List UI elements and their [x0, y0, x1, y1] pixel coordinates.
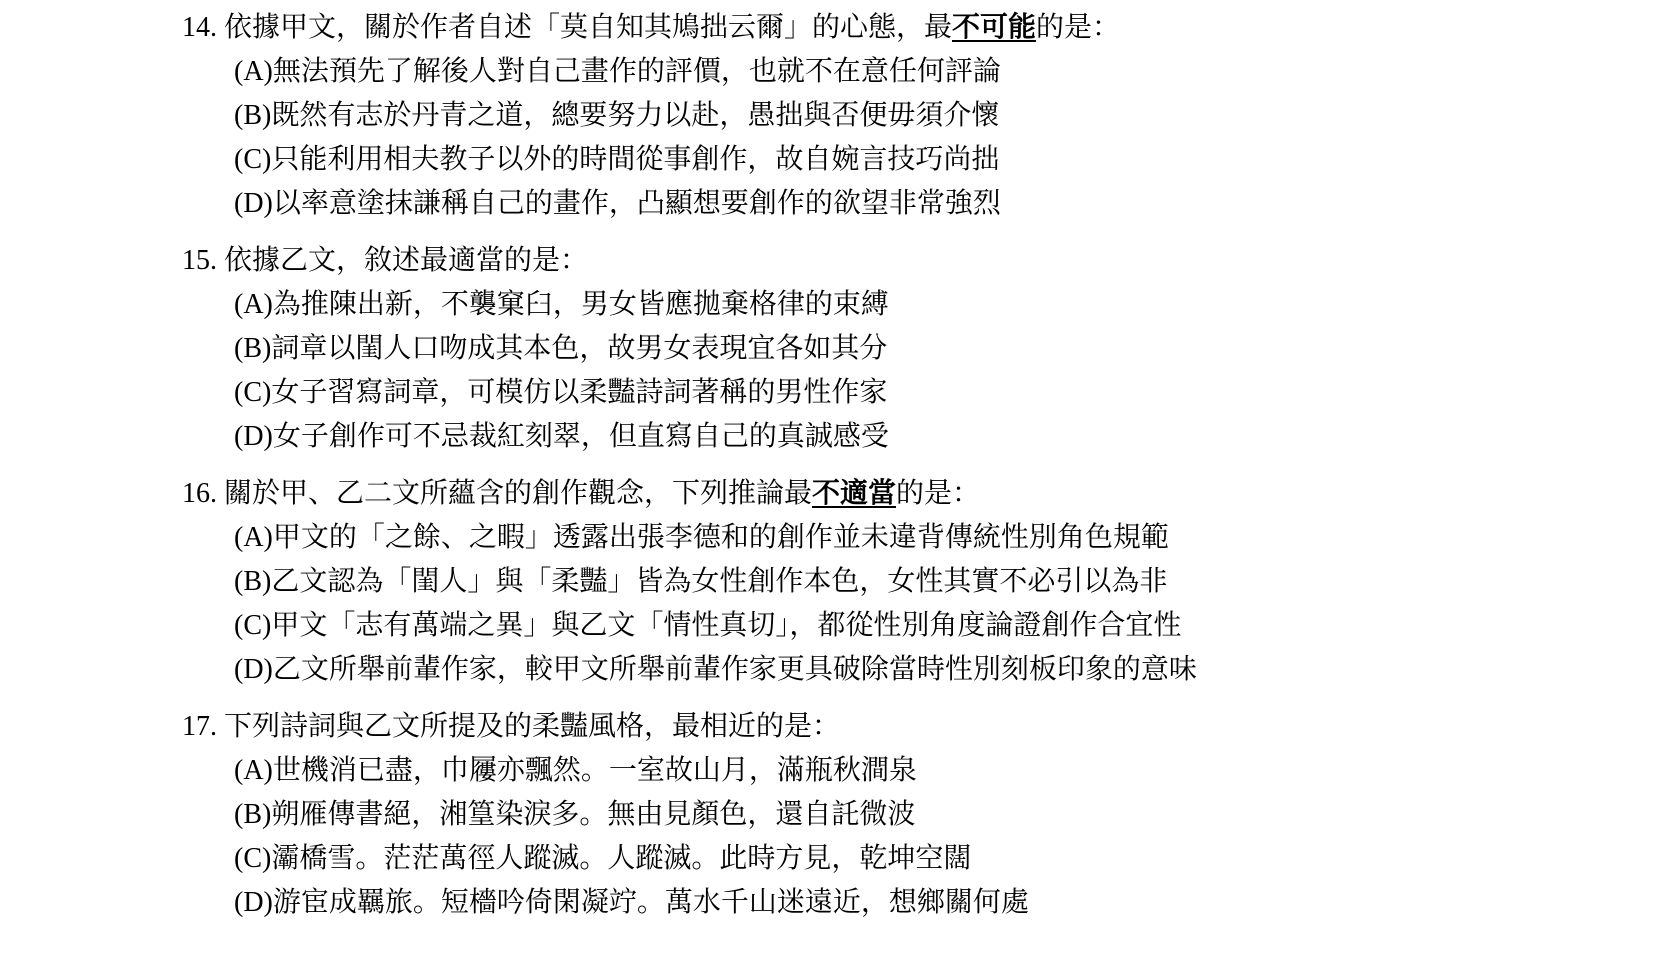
option-text: 女子習寫詞章，可模仿以柔豔詩詞著稱的男性作家 [271, 377, 887, 408]
question-block-17: 17.下列詩詞與乙文所提及的柔豔風格，最相近的是： (A)世機消已盡，巾屨亦飄然… [182, 705, 1654, 925]
option-label: (C) [234, 371, 271, 415]
option-label: (B) [234, 793, 271, 837]
option-a: (A)為推陳出新，不襲窠臼，男女皆應拋棄格律的束縛 [182, 283, 1654, 327]
option-text: 既然有志於丹青之道，總要努力以赴，愚拙與否便毋須介懷 [271, 100, 999, 131]
option-b: (B)乙文認為「閨人」與「柔豔」皆為女性創作本色，女性其實不必引以為非 [182, 560, 1654, 604]
question-stem-tail: 的是： [1036, 12, 1120, 43]
question-stem-text: 關於甲、乙二文所蘊含的創作觀念，下列推論最 [224, 478, 812, 509]
question-block-16: 16.關於甲、乙二文所蘊含的創作觀念，下列推論最不適當的是： (A)甲文的「之餘… [182, 472, 1654, 692]
option-label: (B) [234, 327, 271, 371]
option-text: 游宦成羈旅。短檣吟倚閑凝竚。萬水千山迷遠近，想鄉關何處 [273, 887, 1029, 918]
option-d: (D)以率意塗抹謙稱自己的畫作，凸顯想要創作的欲望非常強烈 [182, 182, 1654, 226]
question-block-15: 15.依據乙文，敘述最適當的是： (A)為推陳出新，不襲窠臼，男女皆應拋棄格律的… [182, 239, 1654, 459]
option-text: 甲文「志有萬端之異」與乙文「情性真切」，都從性別角度論證創作合宜性 [271, 610, 1181, 641]
question-stem-emphasis: 不可能 [952, 12, 1036, 43]
option-a: (A)甲文的「之餘、之暇」透露出張李德和的創作並未違背傳統性別角色規範 [182, 516, 1654, 560]
option-label: (A) [234, 50, 273, 94]
question-stem-tail: 的是： [896, 478, 980, 509]
question-number: 16. [182, 472, 217, 516]
option-text: 詞章以閨人口吻成其本色，故男女表現宜各如其分 [271, 333, 887, 364]
question-number: 15. [182, 239, 217, 283]
option-text: 無法預先了解後人對自己畫作的評價，也就不在意任何評論 [273, 56, 1001, 87]
question-number: 17. [182, 705, 217, 749]
question-stem-text: 依據甲文，關於作者自述「莫自知其鳩拙云爾」的心態，最 [224, 12, 952, 43]
question-block-14: 14.依據甲文，關於作者自述「莫自知其鳩拙云爾」的心態，最不可能的是： (A)無… [182, 6, 1654, 226]
option-text: 甲文的「之餘、之暇」透露出張李德和的創作並未違背傳統性別角色規範 [273, 522, 1169, 553]
option-text: 為推陳出新，不襲窠臼，男女皆應拋棄格律的束縛 [273, 289, 889, 320]
option-text: 只能利用相夫教子以外的時間從事創作，故自婉言技巧尚拙 [271, 144, 999, 175]
option-label: (D) [234, 415, 273, 459]
question-stem-text: 下列詩詞與乙文所提及的柔豔風格，最相近的是： [224, 711, 840, 742]
option-text: 世機消已盡，巾屨亦飄然。一室故山月，滿瓶秋澗泉 [273, 755, 917, 786]
option-a: (A)無法預先了解後人對自己畫作的評價，也就不在意任何評論 [182, 50, 1654, 94]
question-stem-emphasis: 不適當 [812, 478, 896, 509]
option-b: (B)詞章以閨人口吻成其本色，故男女表現宜各如其分 [182, 327, 1654, 371]
question-stem: 16.關於甲、乙二文所蘊含的創作觀念，下列推論最不適當的是： [182, 472, 1654, 516]
question-stem: 17.下列詩詞與乙文所提及的柔豔風格，最相近的是： [182, 705, 1654, 749]
option-text: 乙文所舉前輩作家，較甲文所舉前輩作家更具破除當時性別刻板印象的意味 [273, 654, 1197, 685]
option-text: 以率意塗抹謙稱自己的畫作，凸顯想要創作的欲望非常強烈 [273, 188, 1001, 219]
option-text: 女子創作可不忌裁紅刻翠，但直寫自己的真誠感受 [273, 421, 889, 452]
option-label: (A) [234, 749, 273, 793]
option-label: (B) [234, 560, 271, 604]
option-text: 朔雁傳書絕，湘篁染淚多。無由見顏色，還自託微波 [271, 799, 915, 830]
option-b: (B)既然有志於丹青之道，總要努力以赴，愚拙與否便毋須介懷 [182, 94, 1654, 138]
option-b: (B)朔雁傳書絕，湘篁染淚多。無由見顏色，還自託微波 [182, 793, 1654, 837]
option-label: (B) [234, 94, 271, 138]
exam-page: 14.依據甲文，關於作者自述「莫自知其鳩拙云爾」的心態，最不可能的是： (A)無… [0, 0, 1654, 976]
option-label: (A) [234, 516, 273, 560]
option-a: (A)世機消已盡，巾屨亦飄然。一室故山月，滿瓶秋澗泉 [182, 749, 1654, 793]
question-stem: 14.依據甲文，關於作者自述「莫自知其鳩拙云爾」的心態，最不可能的是： [182, 6, 1654, 50]
option-label: (D) [234, 182, 273, 226]
question-stem-text: 依據乙文，敘述最適當的是： [224, 245, 588, 276]
option-label: (C) [234, 138, 271, 182]
option-d: (D)女子創作可不忌裁紅刻翠，但直寫自己的真誠感受 [182, 415, 1654, 459]
question-stem: 15.依據乙文，敘述最適當的是： [182, 239, 1654, 283]
option-label: (D) [234, 648, 273, 692]
option-c: (C)甲文「志有萬端之異」與乙文「情性真切」，都從性別角度論證創作合宜性 [182, 604, 1654, 648]
option-d: (D)游宦成羈旅。短檣吟倚閑凝竚。萬水千山迷遠近，想鄉關何處 [182, 881, 1654, 925]
option-c: (C)女子習寫詞章，可模仿以柔豔詩詞著稱的男性作家 [182, 371, 1654, 415]
question-number: 14. [182, 6, 217, 50]
option-d: (D)乙文所舉前輩作家，較甲文所舉前輩作家更具破除當時性別刻板印象的意味 [182, 648, 1654, 692]
option-text: 灞橋雪。茫茫萬徑人蹤滅。人蹤滅。此時方見，乾坤空闊 [271, 843, 971, 874]
option-label: (D) [234, 881, 273, 925]
option-label: (A) [234, 283, 273, 327]
option-c: (C)灞橋雪。茫茫萬徑人蹤滅。人蹤滅。此時方見，乾坤空闊 [182, 837, 1654, 881]
option-label: (C) [234, 604, 271, 648]
option-c: (C)只能利用相夫教子以外的時間從事創作，故自婉言技巧尚拙 [182, 138, 1654, 182]
option-label: (C) [234, 837, 271, 881]
option-text: 乙文認為「閨人」與「柔豔」皆為女性創作本色，女性其實不必引以為非 [271, 566, 1167, 597]
